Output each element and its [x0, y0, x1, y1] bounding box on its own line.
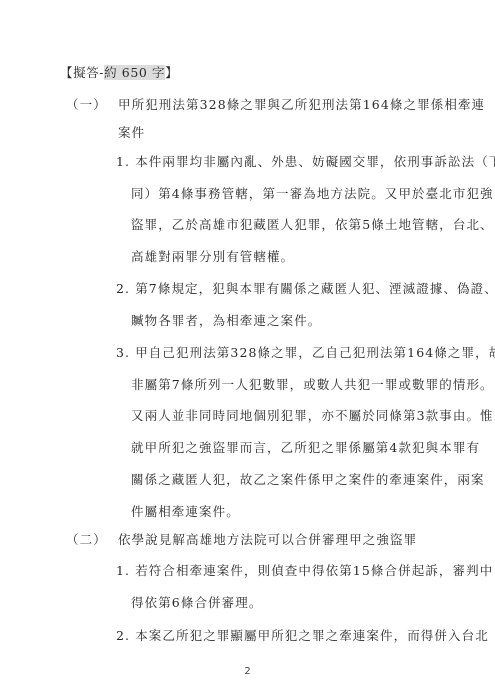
section-1-label: （一） [66, 97, 107, 113]
section-1-title-line-1: 甲所犯刑法第328條之罪與乙所犯刑法第164條之罪係相牽連 [118, 97, 485, 113]
section-2-label: （二） [66, 532, 107, 548]
section-1-item-1-line-4: 高雄對兩罪分別有管轄權。 [131, 249, 294, 265]
section-2-item-2-line-1: 2. 本案乙所犯之罪顯屬甲所犯之罪之牽連案件，而得併入台北 [116, 628, 489, 644]
section-1-item-3-line-1: 3. 甲自己犯刑法第328條之罪，乙自己犯刑法第164條之罪，故 [116, 345, 495, 361]
answer-header: 【擬答-約 650 字】 [60, 65, 178, 81]
section-1-item-3-line-6: 件屬相牽連案件。 [131, 504, 240, 520]
section-1-item-3-line-2: 非屬第7條所列一人犯數罪，或數人共犯一罪或數罪的情形。 [131, 377, 494, 393]
section-1-item-1-line-1: 1. 本件兩罪均非屬內亂、外患、妨礙國交罪，依刑事訴訟法（下 [116, 154, 495, 170]
page-number: 2 [0, 666, 495, 677]
section-1-item-1-line-2: 同）第4條事務管轄，第一審為地方法院。又甲於臺北市犯強 [131, 186, 494, 202]
header-suffix: 】 [165, 65, 178, 80]
header-prefix: 【擬答- [60, 65, 104, 80]
section-1-item-2-line-1: 2. 第7條規定，犯與本罪有關係之藏匿人犯、湮滅證據、偽證、 [116, 281, 495, 297]
section-1-item-3-line-4: 就甲所犯之強盜罪而言，乙所犯之罪係屬第4款犯與本罪有 [131, 440, 480, 456]
section-1-item-2-line-2: 贓物各罪者，為相牽連之案件。 [131, 313, 321, 329]
document-page: 【擬答-約 650 字】 （一） 甲所犯刑法第328條之罪與乙所犯刑法第164條… [0, 0, 495, 700]
section-1-item-1-line-3: 盜罪，乙於高雄市犯藏匿人犯罪，依第5條土地管轄，台北、 [131, 217, 494, 233]
section-1-item-3-line-5: 關係之藏匿人犯，故乙之案件係甲之案件的牽連案件，兩案 [131, 472, 485, 488]
section-2-item-1-line-2: 得依第6條合併審理。 [131, 595, 262, 611]
section-1-item-3-line-3: 又兩人並非同時同地個別犯罪，亦不屬於同條第3款事由。惟 [131, 408, 494, 424]
word-count-highlight: 約 650 字 [104, 65, 165, 80]
section-1-title-line-2: 案件 [118, 125, 145, 141]
section-2-item-1-line-1: 1. 若符合相牽連案件，則偵查中得依第15條合併起訴，審判中 [116, 563, 493, 579]
section-2-title-line-1: 依學說見解高雄地方法院可以合併審理甲之強盜罪 [118, 532, 417, 548]
